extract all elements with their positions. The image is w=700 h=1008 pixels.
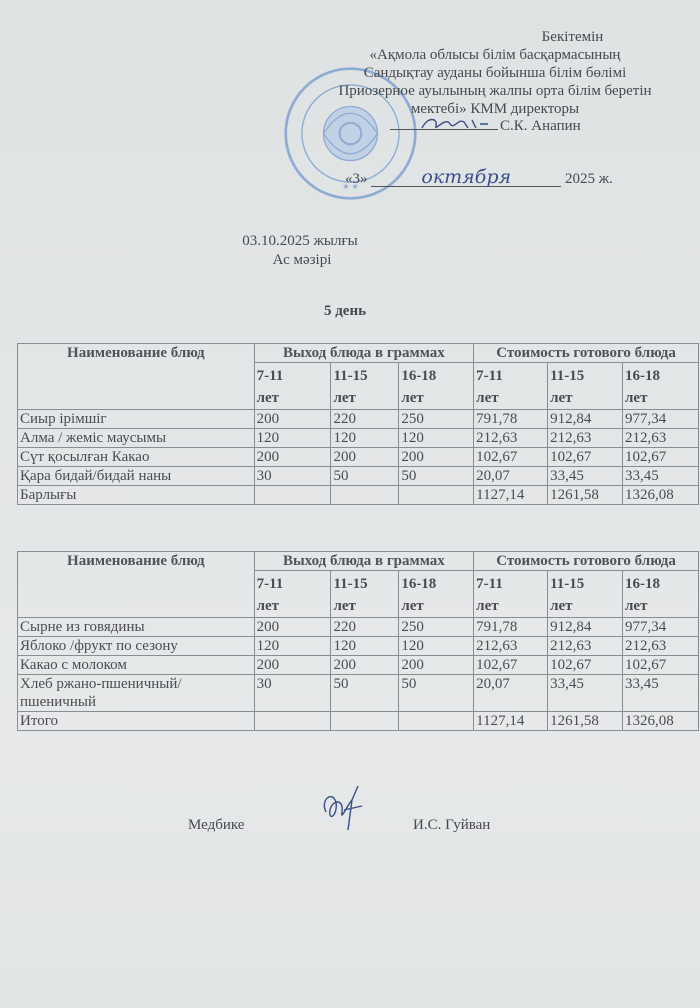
age-range: 16-18: [401, 365, 471, 387]
table-row: Сүт қосылған Какао200200200102,67102,671…: [18, 448, 699, 467]
cost-cell: 212,63: [623, 637, 699, 656]
grams-cell: 200: [254, 656, 331, 675]
menu-table-kazakh: Наименование блюд Выход блюда в граммах …: [17, 343, 699, 505]
cost-cell: 912,84: [548, 410, 623, 429]
age-header-7-11: 7-11лет: [254, 571, 331, 618]
dish-name: Барлығы: [18, 486, 255, 505]
grams-cell: 250: [399, 618, 474, 637]
approval-block: Бекітемін «Ақмола облысы білім басқармас…: [300, 28, 690, 118]
table-body: Сиыр ірімшіг200220250791,78912,84977,34А…: [18, 410, 699, 505]
grams-cell: 200: [399, 656, 474, 675]
grams-cell: 200: [331, 448, 399, 467]
cost-cell: 102,67: [474, 656, 548, 675]
grams-cell: 250: [399, 410, 474, 429]
grams-cell: 220: [331, 410, 399, 429]
grams-cell: [254, 486, 331, 505]
menu-table-russian: Наименование блюд Выход блюда в граммах …: [17, 551, 699, 731]
age-header-11-15: 11-15лет: [548, 363, 623, 410]
table-row: Хлеб ржано-пшеничный/пшеничный30505020,0…: [18, 675, 699, 712]
day-label: 5 день: [0, 303, 695, 320]
cost-cell: 212,63: [474, 637, 548, 656]
age-unit: лет: [257, 595, 329, 617]
grams-cell: 200: [254, 410, 331, 429]
age-unit: лет: [401, 387, 471, 409]
nurse-name: И.С. Гуйван: [413, 817, 490, 834]
age-unit: лет: [333, 595, 396, 617]
cost-cell: 102,67: [548, 448, 623, 467]
grams-cell: [399, 486, 474, 505]
grams-cell: 30: [254, 675, 331, 712]
age-unit: лет: [625, 387, 696, 409]
cost-cell: 912,84: [548, 618, 623, 637]
dish-name: Қара бидай/бидай наны: [18, 467, 255, 486]
grams-cell: [399, 712, 474, 731]
grams-cell: 50: [331, 467, 399, 486]
age-header-7-11: 7-11лет: [254, 363, 331, 410]
age-unit: лет: [625, 595, 696, 617]
header-cost: Стоимость готового блюда: [474, 344, 699, 363]
cost-cell: 212,63: [623, 429, 699, 448]
approval-line: Приозерное ауылының жалпы орта білім бер…: [300, 82, 690, 100]
age-range: 11-15: [550, 365, 620, 387]
grams-cell: 120: [331, 637, 399, 656]
total-row: Барлығы1127,141261,581326,08: [18, 486, 699, 505]
age-header-16-18: 16-18лет: [623, 363, 699, 410]
cost-cell: 1326,08: [623, 486, 699, 505]
cost-cell: 33,45: [623, 675, 699, 712]
cost-cell: 102,67: [623, 448, 699, 467]
cost-cell: 1127,14: [474, 712, 548, 731]
age-unit: лет: [401, 595, 471, 617]
header-output-grams: Выход блюда в граммах: [254, 344, 474, 363]
document-title: Ас мәзірі: [0, 252, 652, 269]
cost-cell: 20,07: [474, 675, 548, 712]
approval-heading: Бекітемін: [300, 28, 690, 46]
age-unit: лет: [257, 387, 329, 409]
grams-cell: 120: [331, 429, 399, 448]
age-range: 16-18: [625, 573, 696, 595]
cost-cell: 20,07: [474, 467, 548, 486]
age-range: 7-11: [257, 573, 329, 595]
table-row: Сиыр ірімшіг200220250791,78912,84977,34: [18, 410, 699, 429]
age-unit: лет: [550, 595, 620, 617]
grams-cell: 200: [399, 448, 474, 467]
table-row: Какао с молоком200200200102,67102,67102,…: [18, 656, 699, 675]
document-date: 03.10.2025 жылғы: [0, 233, 650, 250]
table-row: Алма / жеміс маусымы120120120212,63212,6…: [18, 429, 699, 448]
approval-date: «3» октября 2025 ж.: [345, 168, 613, 188]
age-range: 16-18: [625, 365, 696, 387]
age-range: 7-11: [476, 365, 545, 387]
cost-cell: 33,45: [623, 467, 699, 486]
director-name: С.К. Анапин: [500, 118, 581, 135]
age-unit: лет: [476, 387, 545, 409]
nurse-signature-icon: [318, 782, 366, 834]
table-row: Қара бидай/бидай наны30505020,0733,4533,…: [18, 467, 699, 486]
age-range: 11-15: [550, 573, 620, 595]
header-dish-name: Наименование блюд: [18, 344, 255, 410]
approval-date-day: «3»: [345, 171, 368, 187]
grams-cell: 200: [254, 618, 331, 637]
header-output-grams: Выход блюда в граммах: [254, 552, 474, 571]
age-range: 11-15: [333, 365, 396, 387]
grams-cell: 120: [254, 429, 331, 448]
approval-date-year: 2025 ж.: [565, 171, 613, 187]
cost-cell: 1261,58: [548, 486, 623, 505]
approval-line: мектебі» КММ директоры: [300, 100, 690, 118]
cost-cell: 102,67: [623, 656, 699, 675]
grams-cell: 200: [331, 656, 399, 675]
nurse-role-label: Медбике: [188, 817, 244, 834]
age-header-11-15: 11-15лет: [331, 363, 399, 410]
cost-cell: 102,67: [474, 448, 548, 467]
grams-cell: 200: [254, 448, 331, 467]
dish-name: Яблоко /фрукт по сезону: [18, 637, 255, 656]
dish-name: Сүт қосылған Какао: [18, 448, 255, 467]
grams-cell: 50: [331, 675, 399, 712]
total-row: Итого1127,141261,581326,08: [18, 712, 699, 731]
table-row: Яблоко /фрукт по сезону120120120212,6321…: [18, 637, 699, 656]
grams-cell: [254, 712, 331, 731]
cost-cell: 1261,58: [548, 712, 623, 731]
grams-cell: [331, 486, 399, 505]
dish-name: Какао с молоком: [18, 656, 255, 675]
grams-cell: 120: [399, 637, 474, 656]
header-dish-name: Наименование блюд: [18, 552, 255, 618]
grams-cell: 30: [254, 467, 331, 486]
age-range: 16-18: [401, 573, 471, 595]
age-header-16-18: 16-18лет: [623, 571, 699, 618]
grams-cell: 120: [399, 429, 474, 448]
dish-name: Итого: [18, 712, 255, 731]
age-unit: лет: [333, 387, 396, 409]
age-header-11-15: 11-15лет: [548, 571, 623, 618]
table-row: Сырне из говядины200220250791,78912,8497…: [18, 618, 699, 637]
grams-cell: 50: [399, 467, 474, 486]
approval-date-month: октября: [371, 168, 561, 187]
dish-name: Сиыр ірімшіг: [18, 410, 255, 429]
dish-name: Сырне из говядины: [18, 618, 255, 637]
approval-line: «Ақмола облысы білім басқармасының: [300, 46, 690, 64]
table-body: Сырне из говядины200220250791,78912,8497…: [18, 618, 699, 731]
age-unit: лет: [476, 595, 545, 617]
approval-line: Сандықтау ауданы бойынша білім бөлімі: [300, 64, 690, 82]
grams-cell: [331, 712, 399, 731]
age-unit: лет: [550, 387, 620, 409]
dish-name: Хлеб ржано-пшеничный/пшеничный: [18, 675, 255, 712]
dish-name: Алма / жеміс маусымы: [18, 429, 255, 448]
age-header-11-15: 11-15лет: [331, 571, 399, 618]
age-header-7-11: 7-11лет: [474, 571, 548, 618]
age-header-16-18: 16-18лет: [399, 571, 474, 618]
age-header-7-11: 7-11лет: [474, 363, 548, 410]
header-cost: Стоимость готового блюда: [474, 552, 699, 571]
cost-cell: 977,34: [623, 618, 699, 637]
cost-cell: 33,45: [548, 675, 623, 712]
cost-cell: 33,45: [548, 467, 623, 486]
cost-cell: 1127,14: [474, 486, 548, 505]
cost-cell: 977,34: [623, 410, 699, 429]
grams-cell: 220: [331, 618, 399, 637]
cost-cell: 212,63: [474, 429, 548, 448]
age-range: 7-11: [257, 365, 329, 387]
cost-cell: 212,63: [548, 429, 623, 448]
cost-cell: 212,63: [548, 637, 623, 656]
cost-cell: 1326,08: [623, 712, 699, 731]
age-range: 11-15: [333, 573, 396, 595]
cost-cell: 791,78: [474, 410, 548, 429]
age-header-16-18: 16-18лет: [399, 363, 474, 410]
age-range: 7-11: [476, 573, 545, 595]
grams-cell: 50: [399, 675, 474, 712]
cost-cell: 791,78: [474, 618, 548, 637]
cost-cell: 102,67: [548, 656, 623, 675]
grams-cell: 120: [254, 637, 331, 656]
director-signature-icon: [418, 112, 492, 134]
